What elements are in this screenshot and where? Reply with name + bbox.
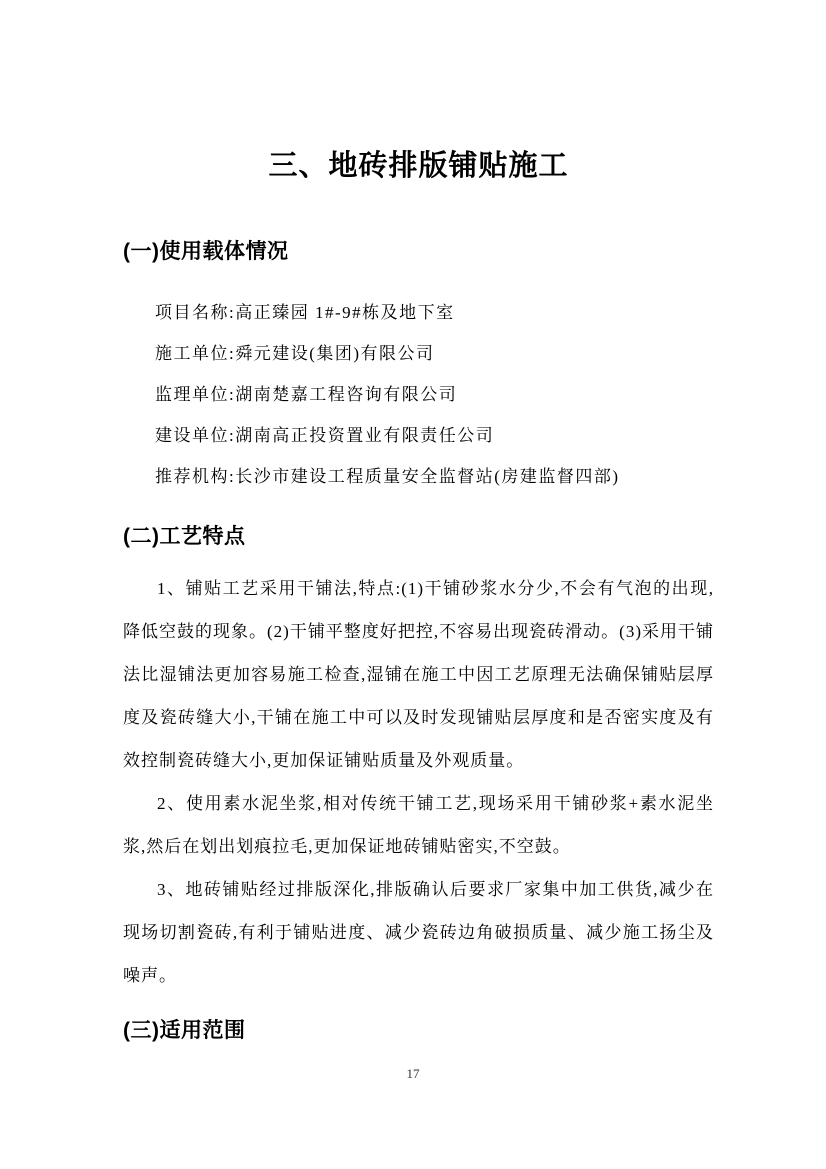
section-heading-process-features: (二)工艺特点	[123, 523, 714, 551]
section-heading-usage-carrier: (一)使用载体情况	[123, 238, 714, 266]
project-info-list: 项目名称:高正臻园 1#-9#栋及地下室 施工单位:舜元建设(集团)有限公司 监…	[155, 292, 714, 497]
info-line-project-name: 项目名称:高正臻园 1#-9#栋及地下室	[155, 292, 714, 333]
page-number: 17	[0, 1066, 826, 1082]
info-line-construction-unit: 施工单位:舜元建设(集团)有限公司	[155, 333, 714, 374]
info-line-development-unit: 建设单位:湖南高正投资置业有限责任公司	[155, 415, 714, 456]
info-line-supervision-unit: 监理单位:湖南楚嘉工程咨询有限公司	[155, 374, 714, 415]
document-page: 三、地砖排版铺贴施工 (一)使用载体情况 项目名称:高正臻园 1#-9#栋及地下…	[0, 0, 826, 1169]
paragraph-dry-laying: 1、铺贴工艺采用干铺法,特点:(1)干铺砂浆水分少,不会有气泡的出现,降低空鼓的…	[123, 567, 714, 782]
info-line-recommending-agency: 推荐机构:长沙市建设工程质量安全监督站(房建监督四部)	[155, 456, 714, 497]
section-heading-application-scope: (三)适用范围	[123, 1017, 714, 1045]
document-title: 三、地砖排版铺贴施工	[123, 0, 714, 186]
paragraph-cement-slurry: 2、使用素水泥坐浆,相对传统干铺工艺,现场采用干铺砂浆+素水泥坐浆,然后在划出划…	[123, 782, 714, 868]
paragraph-layout-deepening: 3、地砖铺贴经过排版深化,排版确认后要求厂家集中加工供货,减少在现场切割瓷砖,有…	[123, 868, 714, 997]
process-features-paragraphs: 1、铺贴工艺采用干铺法,特点:(1)干铺砂浆水分少,不会有气泡的出现,降低空鼓的…	[123, 567, 714, 997]
